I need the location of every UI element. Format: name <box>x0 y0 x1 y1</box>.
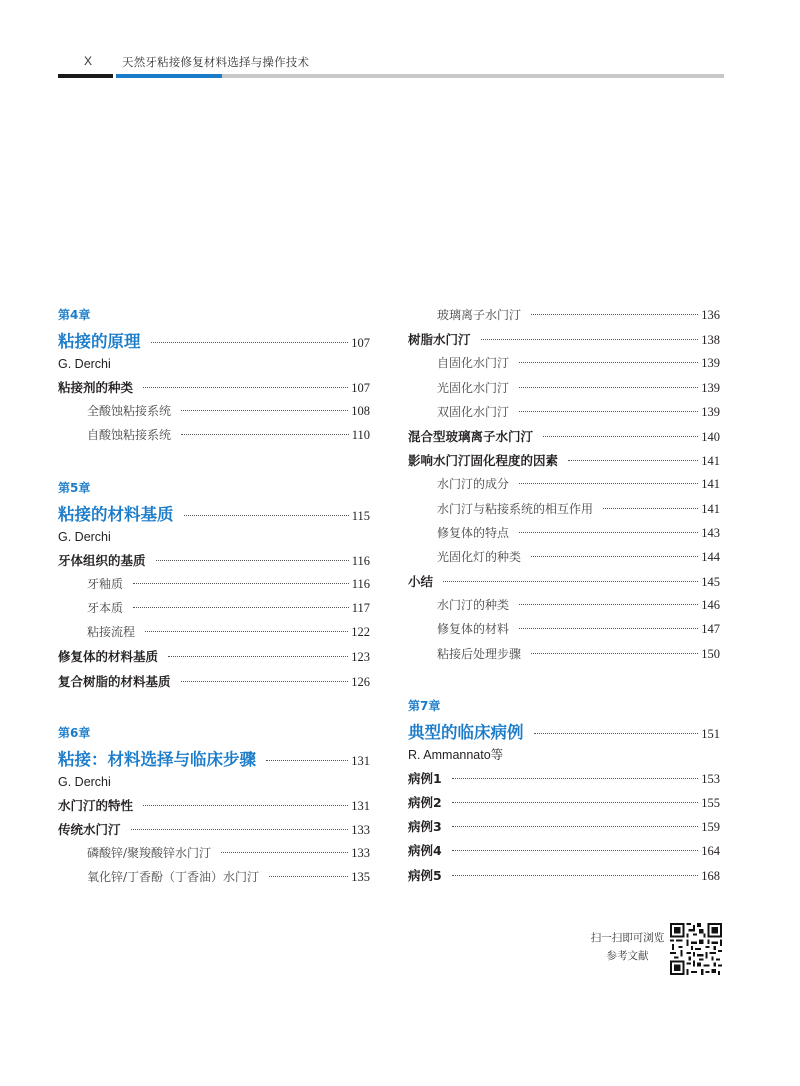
toc-section[interactable]: 混合型玻璃离子水门汀140 <box>408 427 720 451</box>
toc-entry-label: 氧化锌/丁香酚（丁香油）水门汀 <box>87 868 259 885</box>
toc-subsection[interactable]: 水门汀与粘接系统的相互作用141 <box>408 500 720 524</box>
dot-leader <box>151 341 349 343</box>
toc-entry-label: 牙釉质 <box>87 575 123 592</box>
toc-page-number: 133 <box>351 846 370 861</box>
dot-leader <box>181 433 349 435</box>
toc-chapter-title[interactable]: 粘接的原理107 <box>58 328 370 354</box>
header-rule-grey <box>222 74 724 78</box>
toc-subsection[interactable]: 磷酸锌/聚羧酸锌水门汀133 <box>58 844 370 868</box>
toc-entry-label: 水门汀的种类 <box>437 596 509 613</box>
toc-section[interactable]: 病例5168 <box>408 866 720 890</box>
toc-entry-label: 粘接流程 <box>87 623 135 640</box>
dot-leader <box>519 531 698 533</box>
toc-entry-label: 修复体的材料 <box>437 620 509 637</box>
toc-entry-label: 自固化水门汀 <box>437 354 509 371</box>
toc-entry-label: 双固化水门汀 <box>437 403 509 420</box>
toc-subsection[interactable]: 自酸蚀粘接系统110 <box>58 426 370 450</box>
toc-subsection[interactable]: 自固化水门汀139 <box>408 354 720 378</box>
toc-page-number: 146 <box>701 598 720 613</box>
section-spacer <box>408 669 720 697</box>
toc-entry-label: 修复体的材料基质 <box>58 647 158 665</box>
page-header: X 天然牙粘接修复材料选择与操作技术 <box>58 52 724 82</box>
qr-caption-line2: 参考文献 <box>585 947 670 965</box>
toc-entry-label: 病例1 <box>408 769 442 787</box>
toc-page-number: 147 <box>701 622 720 637</box>
toc-entry-label: 粘接后处理步骤 <box>437 645 521 662</box>
dot-leader <box>519 410 698 412</box>
dot-leader <box>266 759 348 761</box>
toc-page-number: 126 <box>351 675 370 690</box>
chapter-number: 第7章 <box>408 697 720 719</box>
toc-page-number: 131 <box>351 754 370 769</box>
toc-page-number: 133 <box>351 823 370 838</box>
toc-section[interactable]: 牙体组织的基质116 <box>58 551 370 575</box>
section-spacer <box>58 451 370 479</box>
toc-column-right: 玻璃离子水门汀136树脂水门汀138自固化水门汀139光固化水门汀139双固化水… <box>408 306 720 890</box>
toc-page-number: 143 <box>701 526 720 541</box>
toc-subsection[interactable]: 光固化水门汀139 <box>408 379 720 403</box>
toc-entry-label: 树脂水门汀 <box>408 330 471 348</box>
toc-entry-label: 传统水门汀 <box>58 820 121 838</box>
toc-section[interactable]: 病例3159 <box>408 817 720 841</box>
toc-page-number: 136 <box>701 308 720 323</box>
toc-subsection[interactable]: 修复体的特点143 <box>408 524 720 548</box>
chapter-number: 第6章 <box>58 724 370 746</box>
toc-chapter-title[interactable]: 粘接的材料基质115 <box>58 501 370 527</box>
dot-leader <box>519 482 698 484</box>
header-rule-accent <box>116 74 222 78</box>
toc-entry-label: 水门汀的特性 <box>58 796 133 814</box>
toc-entry-label: 病例2 <box>408 793 442 811</box>
qr-caption: 扫一扫即可浏览 参考文献 <box>585 929 670 965</box>
dot-leader <box>452 825 699 827</box>
dot-leader <box>168 655 348 657</box>
dot-leader <box>531 652 698 654</box>
toc-entry-label: 粘接：材料选择与临床步骤 <box>58 746 256 770</box>
dot-leader <box>221 851 348 853</box>
dot-leader <box>143 804 348 806</box>
toc-entry-label: 病例5 <box>408 866 442 884</box>
toc-section[interactable]: 传统水门汀133 <box>58 820 370 844</box>
toc-subsection[interactable]: 水门汀的成分141 <box>408 475 720 499</box>
dot-leader <box>131 828 349 830</box>
dot-leader <box>568 459 698 461</box>
toc-subsection[interactable]: 全酸蚀粘接系统108 <box>58 402 370 426</box>
chapter-number: 第5章 <box>58 479 370 501</box>
dot-leader <box>519 361 698 363</box>
chapter-author: G. Derchi <box>58 354 370 378</box>
toc-entry-label: 复合树脂的材料基质 <box>58 672 171 690</box>
toc-page-number: 139 <box>701 381 720 396</box>
toc-page-number: 139 <box>701 356 720 371</box>
toc-page-number: 135 <box>351 870 370 885</box>
toc-page-number: 141 <box>701 502 720 517</box>
toc-page-number: 150 <box>701 647 720 662</box>
header-rule-dark <box>58 74 113 78</box>
dot-leader <box>452 849 699 851</box>
toc-section[interactable]: 树脂水门汀138 <box>408 330 720 354</box>
toc-subsection[interactable]: 牙本质117 <box>58 599 370 623</box>
toc-entry-label: 粘接剂的种类 <box>58 378 133 396</box>
toc-entry-label: 牙本质 <box>87 599 123 616</box>
toc-subsection[interactable]: 双固化水门汀139 <box>408 403 720 427</box>
dot-leader <box>543 435 698 437</box>
toc-column-left: 第4章粘接的原理107G. Derchi粘接剂的种类107全酸蚀粘接系统108自… <box>58 306 370 892</box>
dot-leader <box>133 606 349 608</box>
toc-entry-label: 自酸蚀粘接系统 <box>87 426 171 443</box>
dot-leader <box>531 555 698 557</box>
qr-caption-line1: 扫一扫即可浏览 <box>585 929 670 947</box>
toc-entry-label: 玻璃离子水门汀 <box>437 306 521 323</box>
toc-section[interactable]: 复合树脂的材料基质126 <box>58 672 370 696</box>
dot-leader <box>519 603 698 605</box>
toc-page-number: 155 <box>701 796 720 811</box>
toc-subsection[interactable]: 粘接后处理步骤150 <box>408 645 720 669</box>
toc-entry-label: 光固化水门汀 <box>437 379 509 396</box>
toc-entry-label: 病例3 <box>408 817 442 835</box>
toc-page-number: 164 <box>701 844 720 859</box>
toc-page-number: 107 <box>351 336 370 351</box>
toc-page-number: 138 <box>701 333 720 348</box>
toc-page-number: 145 <box>701 575 720 590</box>
dot-leader <box>156 559 349 561</box>
toc-page-number: 117 <box>352 601 370 616</box>
dot-leader <box>531 313 698 315</box>
toc-page-number: 115 <box>352 509 370 524</box>
toc-section[interactable]: 修复体的材料基质123 <box>58 647 370 671</box>
dot-leader <box>443 580 698 582</box>
toc-page-number: 139 <box>701 405 720 420</box>
toc-section[interactable]: 病例4164 <box>408 841 720 865</box>
toc-subsection[interactable]: 修复体的材料147 <box>408 620 720 644</box>
toc-entry-label: 磷酸锌/聚羧酸锌水门汀 <box>87 844 211 861</box>
toc-section[interactable]: 影响水门汀固化程度的因素141 <box>408 451 720 475</box>
toc-subsection[interactable]: 牙釉质116 <box>58 575 370 599</box>
toc-entry-label: 粘接的原理 <box>58 328 141 352</box>
dot-leader <box>481 338 699 340</box>
dot-leader <box>181 409 348 411</box>
book-title: 天然牙粘接修复材料选择与操作技术 <box>122 54 309 70</box>
toc-entry-label: 光固化灯的种类 <box>437 548 521 565</box>
toc-subsection[interactable]: 水门汀的种类146 <box>408 596 720 620</box>
dot-leader <box>519 627 698 629</box>
toc-page-number: 131 <box>351 799 370 814</box>
toc-subsection[interactable]: 光固化灯的种类144 <box>408 548 720 572</box>
toc-section[interactable]: 小结145 <box>408 572 720 596</box>
toc-chapter-title[interactable]: 典型的临床病例151 <box>408 719 720 745</box>
toc-page-number: 141 <box>701 454 720 469</box>
toc-entry-label: 小结 <box>408 572 433 590</box>
toc-section[interactable]: 水门汀的特性131 <box>58 796 370 820</box>
toc-chapter-title[interactable]: 粘接：材料选择与临床步骤131 <box>58 746 370 772</box>
toc-entry-label: 修复体的特点 <box>437 524 509 541</box>
chapter-author: G. Derchi <box>58 527 370 551</box>
toc-subsection[interactable]: 粘接流程122 <box>58 623 370 647</box>
toc-entry-label: 粘接的材料基质 <box>58 501 174 525</box>
toc-section[interactable]: 病例1153 <box>408 769 720 793</box>
toc-entry-label: 全酸蚀粘接系统 <box>87 402 171 419</box>
toc-page-number: 107 <box>351 381 370 396</box>
toc-subsection[interactable]: 氧化锌/丁香酚（丁香油）水门汀135 <box>58 868 370 892</box>
toc-entry-label: 水门汀与粘接系统的相互作用 <box>437 500 593 517</box>
page-number: X <box>84 54 92 68</box>
toc-page-number: 110 <box>352 428 370 443</box>
dot-leader <box>133 582 349 584</box>
dot-leader <box>181 680 349 682</box>
chapter-author: R. Ammannato等 <box>408 745 720 769</box>
toc-entry-label: 水门汀的成分 <box>437 475 509 492</box>
toc-entry-label: 牙体组织的基质 <box>58 551 146 569</box>
dot-leader <box>269 875 348 877</box>
dot-leader <box>184 514 349 516</box>
chapter-author: G. Derchi <box>58 772 370 796</box>
toc-entry-label: 混合型玻璃离子水门汀 <box>408 427 533 445</box>
toc-page-number: 168 <box>701 869 720 884</box>
toc-entry-label: 病例4 <box>408 841 442 859</box>
dot-leader <box>452 801 699 803</box>
toc-page-number: 153 <box>701 772 720 787</box>
toc-entry-label: 影响水门汀固化程度的因素 <box>408 451 558 469</box>
dot-leader <box>603 507 698 509</box>
dot-leader <box>143 386 348 388</box>
section-spacer <box>58 696 370 724</box>
toc-page-number: 108 <box>351 404 370 419</box>
toc-page-number: 159 <box>701 820 720 835</box>
toc-subsection[interactable]: 玻璃离子水门汀136 <box>408 306 720 330</box>
toc-entry-label: 典型的临床病例 <box>408 719 524 743</box>
toc-page-number: 144 <box>701 550 720 565</box>
dot-leader <box>452 874 699 876</box>
toc-section[interactable]: 粘接剂的种类107 <box>58 378 370 402</box>
toc-page-number: 116 <box>352 554 370 569</box>
toc-page-number: 122 <box>351 625 370 640</box>
dot-leader <box>534 732 699 734</box>
toc-page-number: 140 <box>701 430 720 445</box>
toc-page-number: 141 <box>701 477 720 492</box>
toc-page-number: 116 <box>352 577 370 592</box>
dot-leader <box>452 777 699 779</box>
chapter-number: 第4章 <box>58 306 370 328</box>
qr-code-icon[interactable] <box>670 923 722 975</box>
toc-page-number: 123 <box>351 650 370 665</box>
toc-section[interactable]: 病例2155 <box>408 793 720 817</box>
dot-leader <box>519 386 698 388</box>
toc-page-number: 151 <box>701 727 720 742</box>
dot-leader <box>145 630 348 632</box>
